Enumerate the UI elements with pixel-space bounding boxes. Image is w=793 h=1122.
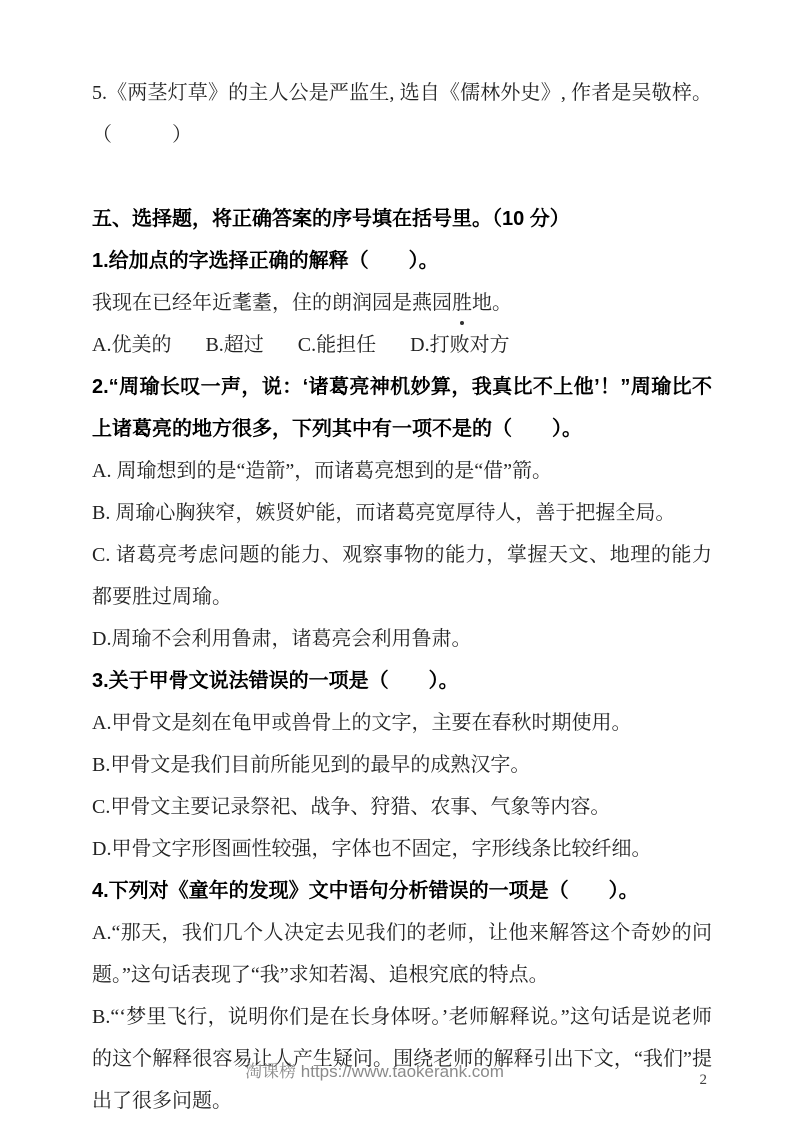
document-page: 5.《两茎灯草》的主人公是严监生, 选自《儒林外史》, 作者是吴敬梓。（ ） 五… <box>0 0 793 1122</box>
footer-site-url: 淘课榜 https://www.taokerank.com <box>0 1060 749 1084</box>
question-1-option-c: C.能担任 <box>298 324 376 366</box>
passage-text-after: 地。 <box>472 292 512 314</box>
question-2-option-a: A. 周瑜想到的是“造箭”，而诸葛亮想到的是“借”箭。 <box>92 450 712 492</box>
question-1-passage: 我现在已经年近耄耋，住的朗润园是燕园胜地。 <box>92 282 712 324</box>
passage-text-before: 我现在已经年近耄耋，住的朗润园是燕园 <box>92 292 452 314</box>
blank-line <box>92 156 712 198</box>
question-1-stem: 1.给加点的字选择正确的解释（ ）。 <box>92 240 712 282</box>
true-false-item-5: 5.《两茎灯草》的主人公是严监生, 选自《儒林外史》, 作者是吴敬梓。（ ） <box>92 72 712 156</box>
question-1-option-d: D.打败对方 <box>410 324 509 366</box>
question-1-option-b: B.超过 <box>205 324 263 366</box>
page-number: 2 <box>700 1072 708 1089</box>
question-3-option-b: B.甲骨文是我们目前所能见到的最早的成熟汉字。 <box>92 744 712 786</box>
question-4-option-b: B.“‘梦里飞行，说明你们是在长身体呀。’老师解释说。”这句话是说老师的这个解释… <box>92 996 712 1122</box>
question-3-stem: 3.关于甲骨文说法错误的一项是（ ）。 <box>92 660 712 702</box>
question-3-option-d: D.甲骨文字形图画性较强，字体也不固定，字形线条比较纤细。 <box>92 828 712 870</box>
question-2-stem: 2.“周瑜长叹一声，说：‘诸葛亮神机妙算，我真比不上他’！”周瑜比不上诸葛亮的地… <box>92 366 712 450</box>
question-2-option-d: D.周瑜不会利用鲁肃，诸葛亮会利用鲁肃。 <box>92 618 712 660</box>
question-4-stem: 4.下列对《童年的发现》文中语句分析错误的一项是（ ）。 <box>92 870 712 912</box>
question-4-option-a: A.“那天，我们几个人决定去见我们的老师，让他来解答这个奇妙的问题。”这句话表现… <box>92 912 712 996</box>
page-footer: 淘课榜 https://www.taokerank.com 2 <box>0 1060 793 1100</box>
emphasized-char: 胜 <box>452 282 472 324</box>
question-1-option-a: A.优美的 <box>92 324 171 366</box>
question-2-option-c: C. 诸葛亮考虑问题的能力、观察事物的能力，掌握天文、地理的能力都要胜过周瑜。 <box>92 534 712 618</box>
question-3-option-a: A.甲骨文是刻在龟甲或兽骨上的文字，主要在春秋时期使用。 <box>92 702 712 744</box>
question-2-option-b: B. 周瑜心胸狭窄，嫉贤妒能，而诸葛亮宽厚待人，善于把握全局。 <box>92 492 712 534</box>
section-title: 五、选择题，将正确答案的序号填在括号里。（10 分） <box>92 198 712 240</box>
question-1-options: A.优美的 B.超过 C.能担任 D.打败对方 <box>92 324 712 366</box>
question-3-option-c: C.甲骨文主要记录祭祀、战争、狩猎、农事、气象等内容。 <box>92 786 712 828</box>
